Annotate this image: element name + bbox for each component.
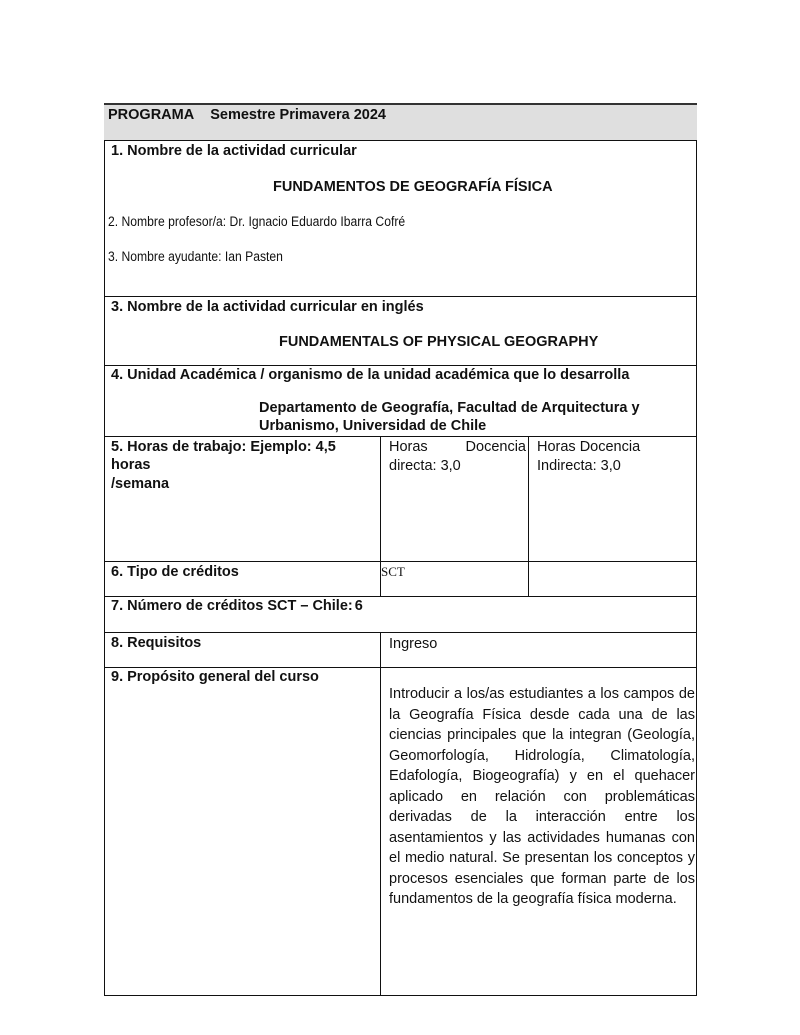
credit-type-value: SCT bbox=[381, 564, 405, 580]
purpose-label: 9. Propósito general del curso bbox=[111, 669, 319, 685]
indirect-hours-line-1: Horas Docencia bbox=[537, 439, 640, 455]
syllabus-page: PROGRAMASemestre Primavera 2024 1. Nombr… bbox=[0, 0, 800, 1035]
section-4-academic-unit: 4. Unidad Académica / organismo de la un… bbox=[104, 365, 697, 437]
professor-name: 2. Nombre profesor/a: Dr. Ignacio Eduard… bbox=[108, 214, 405, 229]
program-label: PROGRAMA bbox=[108, 107, 194, 123]
program-header: PROGRAMASemestre Primavera 2024 bbox=[104, 103, 697, 140]
academic-unit-line-2: Urbanismo, Universidad de Chile bbox=[259, 418, 486, 434]
requirements-value-cell: Ingreso bbox=[380, 632, 697, 668]
indirect-hours-value: Indirecta: 3,0 bbox=[537, 458, 621, 474]
course-name-english: FUNDAMENTALS OF PHYSICAL GEOGRAPHY bbox=[279, 334, 598, 350]
direct-hours-line-1a: Horas bbox=[389, 439, 428, 455]
section-8-requirements-label-cell: 8. Requisitos bbox=[104, 632, 381, 668]
work-hours-label-line-2: horas bbox=[111, 457, 151, 473]
section-7-credit-count: 7. Número de créditos SCT – Chile:6 bbox=[104, 596, 697, 633]
section-3-course-name-english: 3. Nombre de la actividad curricular en … bbox=[104, 296, 697, 366]
purpose-value-cell: Introducir a los/as estudiantes a los ca… bbox=[380, 667, 697, 996]
work-hours-label-line-1: 5. Horas de trabajo: Ejemplo: 4,5 bbox=[111, 439, 336, 455]
purpose-text: Introducir a los/as estudiantes a los ca… bbox=[389, 684, 695, 910]
requirements-value: Ingreso bbox=[389, 636, 437, 652]
section-1-label: 1. Nombre de la actividad curricular bbox=[111, 143, 357, 159]
credit-count-text: 7. Número de créditos SCT – Chile:6 bbox=[111, 598, 363, 614]
direct-teaching-hours-cell: Horas Docencia directa: 3,0 bbox=[380, 436, 529, 562]
program-header-text: PROGRAMASemestre Primavera 2024 bbox=[108, 107, 386, 123]
assistant-name: 3. Nombre ayudante: Ian Pasten bbox=[108, 249, 283, 264]
credit-type-label: 6. Tipo de créditos bbox=[111, 564, 239, 580]
section-6-credit-type-label-cell: 6. Tipo de créditos bbox=[104, 561, 381, 597]
section-4-label: 4. Unidad Académica / organismo de la un… bbox=[111, 367, 629, 383]
section-9-purpose-label-cell: 9. Propósito general del curso bbox=[104, 667, 381, 996]
section-5-work-hours-label-cell: 5. Horas de trabajo: Ejemplo: 4,5 horas … bbox=[104, 436, 381, 562]
credit-type-value-cell: SCT bbox=[380, 561, 529, 597]
course-name: FUNDAMENTOS DE GEOGRAFÍA FÍSICA bbox=[273, 179, 553, 195]
credit-count-label: 7. Número de créditos SCT – Chile: bbox=[111, 598, 353, 614]
direct-hours-line-1b: Docencia bbox=[466, 439, 526, 455]
credit-type-empty-cell bbox=[528, 561, 697, 597]
credit-count-value: 6 bbox=[355, 598, 363, 614]
work-hours-label-line-3: /semana bbox=[111, 476, 169, 492]
section-3-label: 3. Nombre de la actividad curricular en … bbox=[111, 299, 424, 315]
semester-label: Semestre Primavera 2024 bbox=[210, 107, 386, 123]
requirements-label: 8. Requisitos bbox=[111, 635, 201, 651]
section-1-course-name: 1. Nombre de la actividad curricular FUN… bbox=[104, 140, 697, 297]
academic-unit-line-1: Departamento de Geografía, Facultad de A… bbox=[259, 400, 640, 416]
direct-hours-value: directa: 3,0 bbox=[389, 458, 461, 474]
indirect-teaching-hours-cell: Horas Docencia Indirecta: 3,0 bbox=[528, 436, 697, 562]
